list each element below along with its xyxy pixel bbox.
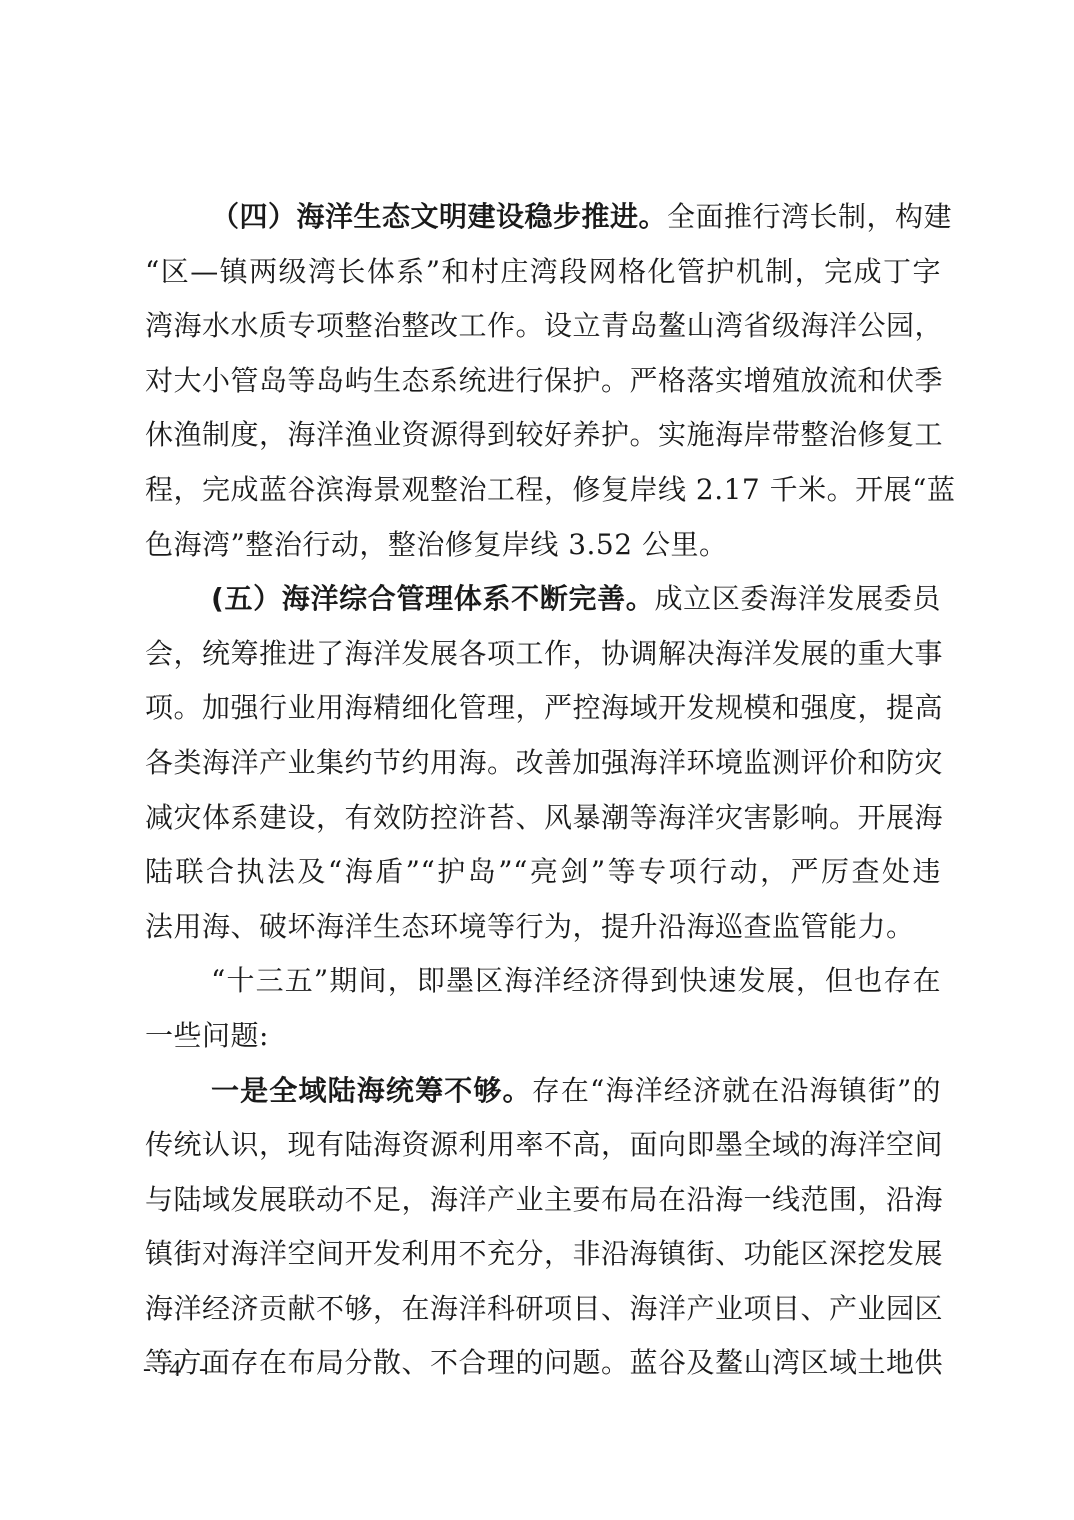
issue-1-line-5: 海洋经济贡献不够，在海洋科研项目、海洋产业项目、产业园区 (145, 1282, 941, 1337)
issue-heading-1: 一是全域陆海统筹不够。 (211, 1074, 532, 1107)
document-page: （四）海洋生态文明建设稳步推进。全面推行湾长制，构建 “区—镇两级湾长体系”和村… (0, 0, 1074, 1520)
summary-line-2: 一些问题: (145, 1009, 941, 1064)
issue-1-line-6: 等方面存在布局分散、不合理的问题。蓝谷及鳌山湾区域土地供 (145, 1336, 941, 1391)
document-body: （四）海洋生态文明建设稳步推进。全面推行湾长制，构建 “区—镇两级湾长体系”和村… (145, 190, 941, 1391)
paragraph-5-line-7: 法用海、破坏海洋生态环境等行为，提升沿海巡查监管能力。 (145, 900, 941, 955)
page-number: - 4 - (143, 1356, 213, 1383)
paragraph-5-line-5: 减灾体系建设，有效防控浒苔、风暴潮等海洋灾害影响。开展海 (145, 791, 941, 846)
paragraph-4-line-7: 色海湾”整治行动，整治修复岸线 3.52 公里。 (145, 518, 941, 573)
paragraph-4-line-5: 休渔制度，海洋渔业资源得到较好养护。实施海岸带整治修复工 (145, 408, 941, 463)
text-span: 成立区委海洋发展委员 (654, 582, 941, 615)
paragraph-4-line-3: 湾海水水质专项整治整改工作。设立青岛鳌山湾省级海洋公园， (145, 299, 941, 354)
paragraph-4-line-2: “区—镇两级湾长体系”和村庄湾段网格化管护机制，完成丁字 (145, 245, 941, 300)
section-heading-4: （四）海洋生态文明建设稳步推进。 (211, 200, 667, 233)
section-heading-5: (五）海洋综合管理体系不断完善。 (211, 582, 654, 615)
issue-1-line-4: 镇街对海洋空间开发利用不充分，非沿海镇街、功能区深挖发展 (145, 1227, 941, 1282)
paragraph-5-line-2: 会，统筹推进了海洋发展各项工作，协调解决海洋发展的重大事 (145, 627, 941, 682)
paragraph-4-line-1: （四）海洋生态文明建设稳步推进。全面推行湾长制，构建 (145, 190, 941, 245)
paragraph-5-line-3: 项。加强行业用海精细化管理，严控海域开发规模和强度，提高 (145, 681, 941, 736)
text-span: 全面推行湾长制，构建 (667, 200, 952, 233)
paragraph-5-line-1: (五）海洋综合管理体系不断完善。成立区委海洋发展委员 (145, 572, 941, 627)
issue-1-line-3: 与陆域发展联动不足，海洋产业主要布局在沿海一线范围，沿海 (145, 1173, 941, 1228)
text-span: 存在“海洋经济就在沿海镇街”的 (532, 1074, 941, 1107)
issue-1-line-2: 传统认识，现有陆海资源利用率不高，面向即墨全域的海洋空间 (145, 1118, 941, 1173)
paragraph-5-line-6: 陆联合执法及“海盾”“护岛”“亮剑”等专项行动，严厉查处违 (145, 845, 941, 900)
paragraph-5-line-4: 各类海洋产业集约节约用海。改善加强海洋环境监测评价和防灾 (145, 736, 941, 791)
issue-1-line-1: 一是全域陆海统筹不够。存在“海洋经济就在沿海镇街”的 (145, 1064, 941, 1119)
paragraph-4-line-4: 对大小管岛等岛屿生态系统进行保护。严格落实增殖放流和伏季 (145, 354, 941, 409)
paragraph-4-line-6: 程，完成蓝谷滨海景观整治工程，修复岸线 2.17 千米。开展“蓝 (145, 463, 941, 518)
summary-line-1: “十三五”期间，即墨区海洋经济得到快速发展，但也存在 (145, 954, 941, 1009)
